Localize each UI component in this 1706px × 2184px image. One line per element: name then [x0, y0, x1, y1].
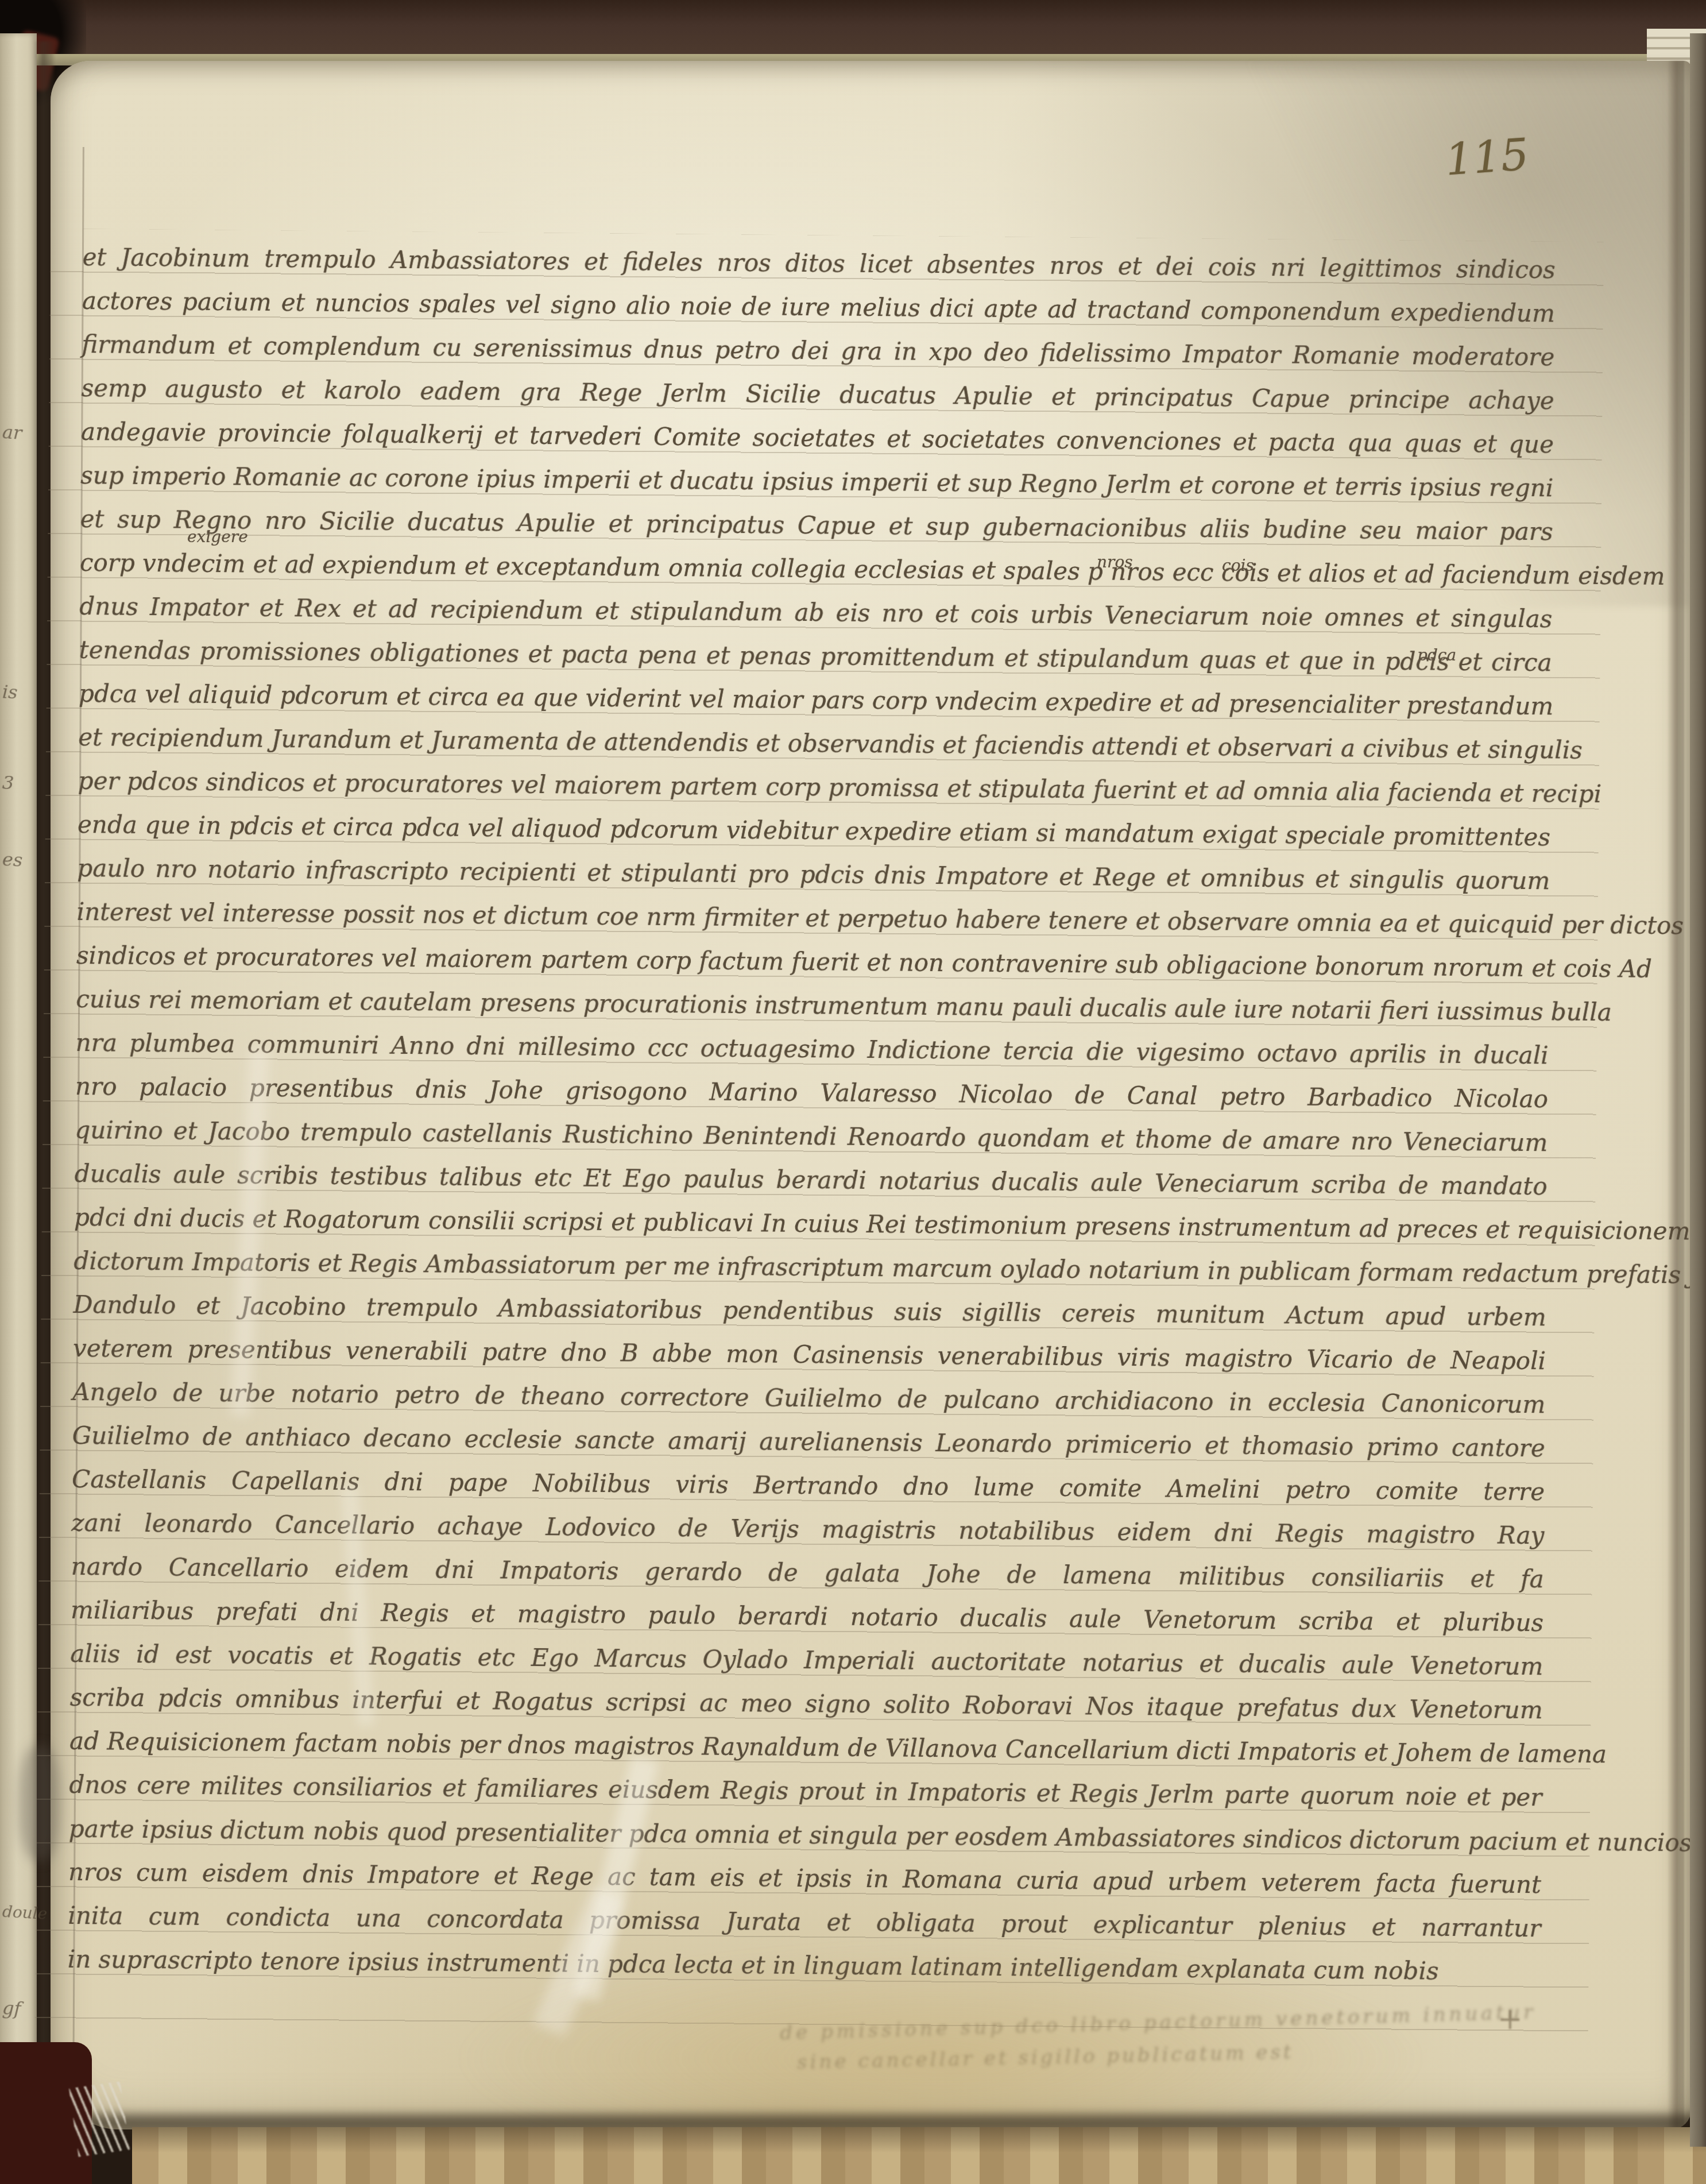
page-right-crease: [1667, 61, 1684, 2129]
edge-text-fragment: 3: [2, 771, 14, 794]
interlinear-addition: cois: [1222, 556, 1254, 575]
interlinear-addition: nros: [1097, 552, 1133, 571]
interlinear-addition: exigere: [187, 527, 248, 546]
manuscript-text-block: et Jacobinum trempulo Ambassiatores et f…: [67, 235, 1555, 1994]
edge-text-fragment: gf: [2, 1997, 21, 2020]
book-binding-top: [0, 0, 1706, 55]
frayed-threads: [69, 2081, 130, 2156]
manuscript-photo: aris3esdoulegf 115 et Jacobinum trempulo…: [0, 0, 1706, 2184]
edge-text-fragment: is: [2, 681, 18, 703]
folio-number: 115: [1444, 125, 1573, 185]
bottom-marginalia: sine cancellar et sigillo publicatum est: [797, 2038, 1429, 2074]
smudge: [20, 1746, 60, 1861]
manuscript-page: 115 et Jacobinum trempulo Ambassiatores …: [51, 61, 1691, 2129]
fore-edge-right: [1690, 33, 1706, 2147]
bottom-leaf-edge: [132, 2127, 1706, 2184]
interlinear-addition: pdca: [1417, 645, 1456, 664]
cross-mark: +: [1498, 2002, 1523, 2036]
edge-text-fragment: es: [2, 848, 23, 871]
edge-text-fragment: ar: [2, 421, 22, 444]
